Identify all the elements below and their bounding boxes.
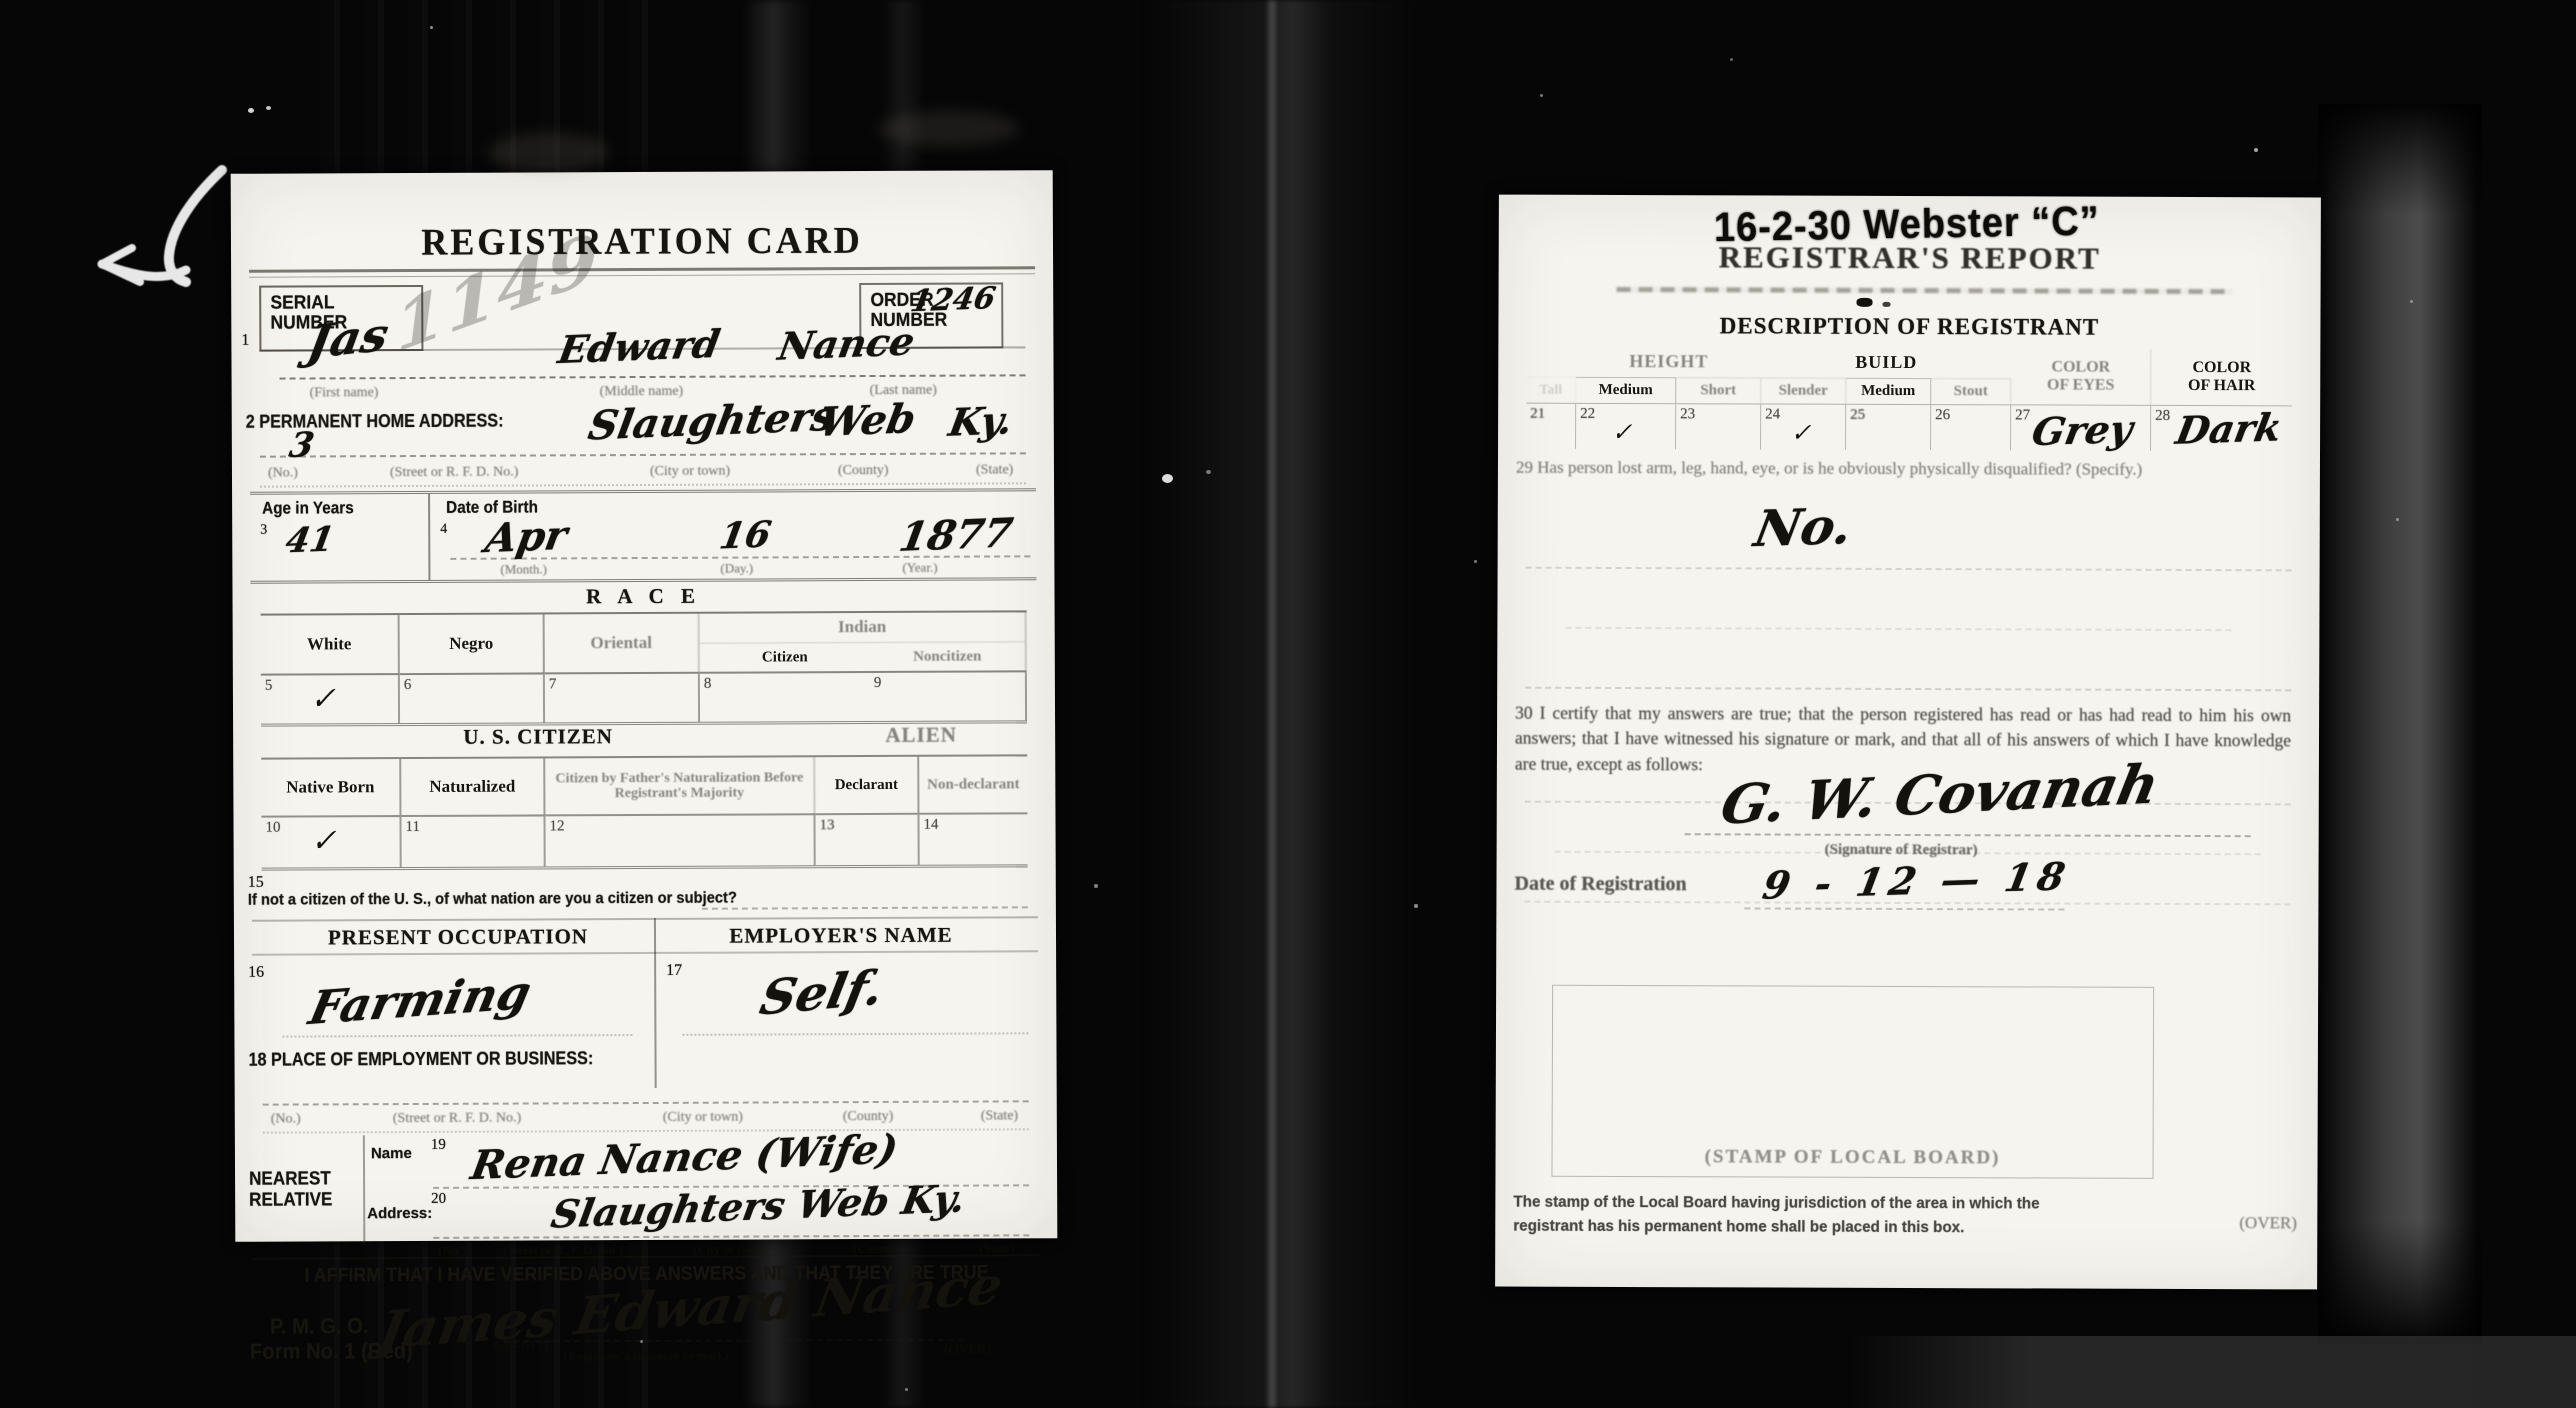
age-value: 41 — [283, 520, 338, 562]
desc-corner-cell — [1526, 347, 1576, 377]
ink-blob — [1883, 302, 1891, 307]
address-caption: (County) — [838, 463, 889, 479]
citizenship-table: Native Born Naturalized Citizen by Fathe… — [261, 754, 1027, 870]
middle-name-value: Edward — [555, 321, 723, 372]
employer-header: EMPLOYER'S NAME — [654, 922, 1028, 949]
race-col-negro: Negro — [400, 614, 545, 673]
description-table: HEIGHT BUILD COLOROF EYES COLOROF HAIR T… — [1526, 347, 2292, 452]
dust-speck — [2254, 148, 2258, 152]
relative-divider — [363, 1135, 365, 1245]
rule-line — [260, 482, 1026, 487]
citizen-alien-band: U. S. CITIZEN ALIEN — [261, 722, 1027, 755]
registrar-signature-line — [1685, 833, 2251, 837]
smudged-rule — [1617, 287, 2233, 294]
desc-cell: 25 — [1846, 404, 1931, 450]
employer-write-line — [682, 1032, 1028, 1036]
build-col-medium: Medium — [1846, 378, 1931, 404]
name-write-line — [280, 374, 1026, 379]
q4-number: 4 — [440, 522, 447, 538]
date-of-registration-label: Date of Registration — [1514, 873, 1686, 897]
order-number-value: 1246 — [908, 281, 998, 319]
microfilm-frame: REGISTRATION CARD SERIAL NUMBER 1149 ORD… — [0, 0, 2576, 1408]
registrars-report-card: 16-2-30 Webster “C” REGISTRAR'S REPORT D… — [1495, 195, 2321, 1290]
dust-speck — [1094, 884, 1098, 888]
first-name-caption: (First name) — [310, 385, 379, 401]
report-title: REGISTRAR'S REPORT — [1527, 239, 2293, 278]
q15-write-line — [702, 906, 1028, 909]
first-name-value: Jas — [304, 307, 393, 369]
date-of-registration-value: 9 - 12 — 18 — [1759, 853, 2074, 908]
dust-speck — [2396, 518, 2399, 521]
q2-label: 2 PERMANENT HOME ADDRESS: — [246, 411, 504, 433]
q3-number: 3 — [260, 523, 267, 539]
last-name-value: Nance — [775, 318, 918, 368]
address-caption: (City or town) — [650, 464, 730, 480]
ink-blob — [1857, 298, 1873, 307]
age-dob-section: Age in Years 3 41 Date of Birth 4 Apr 16… — [250, 488, 1036, 583]
race-col-indian: Indian — [700, 612, 1027, 643]
eyes-cell: 27 Grey — [2011, 404, 2151, 450]
over-text: (OVER) — [2239, 1213, 2297, 1233]
address-state-value: Ky. — [946, 397, 1016, 444]
race-cell: 7 — [545, 672, 700, 723]
q16-number: 16 — [248, 964, 264, 982]
citizen-cell: 10✓ — [261, 815, 401, 868]
color-of-eyes-header: COLOROF EYES — [2011, 348, 2151, 404]
employer-value: Self. — [756, 960, 888, 1027]
address-write-line — [260, 452, 1026, 457]
nearest-relative-section: NEAREST RELATIVE Name 19 Rena Nance (Wif… — [263, 1132, 1030, 1255]
citizen-col-native: Native Born — [261, 759, 401, 816]
race-col-oriental: Oriental — [545, 614, 700, 673]
q20-number: 20 — [431, 1191, 446, 1208]
dust-speck — [1414, 904, 1418, 908]
blank-line — [1565, 627, 2231, 631]
q29-text: 29 Has person lost arm, leg, hand, eye, … — [1516, 457, 2286, 483]
occupation-header: PRESENT OCCUPATION — [262, 924, 654, 951]
q18-caption: (City or town) — [663, 1110, 743, 1126]
race-table: White Negro Oriental Indian Citizen Nonc… — [261, 610, 1027, 726]
race-cell: 6 — [400, 672, 545, 723]
citizen-col-declarant: Declarant — [815, 757, 919, 813]
relative-address-value: Slaughters Web Ky. — [548, 1175, 969, 1236]
dob-caption: (Month.) — [500, 561, 547, 577]
citizen-cell: 14 — [919, 812, 1027, 864]
nearest-relative-label: NEAREST RELATIVE — [249, 1169, 332, 1211]
q18-caption: (Street or R. F. D. No.) — [393, 1111, 521, 1128]
registration-card: REGISTRATION CARD SERIAL NUMBER 1149 ORD… — [231, 170, 1058, 1242]
rule-line — [252, 950, 1038, 955]
occupation-value: Farming — [305, 965, 536, 1035]
rule-line — [252, 916, 1038, 921]
ink-smudge — [878, 110, 1018, 147]
height-header: HEIGHT — [1576, 347, 1761, 378]
q15-text: If not a citizen of the U. S., of what n… — [248, 890, 737, 910]
race-cell: 5✓ — [261, 673, 400, 724]
race-col-indian-citizen: Citizen — [700, 643, 870, 672]
color-of-hair-header: COLOROF HAIR — [2151, 349, 2292, 405]
q15-number: 15 — [248, 874, 264, 892]
race-col-indian-noncitizen: Noncitizen — [870, 642, 1027, 671]
eyes-color-value: Grey — [2029, 406, 2137, 454]
dust-speck — [266, 106, 271, 110]
q19-number: 19 — [431, 1137, 446, 1154]
card-title: REGISTRATION CARD — [259, 217, 1025, 264]
date-write-line — [1744, 907, 2064, 910]
citizen-cell: 11 — [401, 814, 545, 867]
q18-write-line — [263, 1100, 1029, 1105]
dust-speck — [905, 1388, 908, 1391]
film-streak — [1140, 0, 1430, 1408]
dust-speck — [1206, 470, 1211, 474]
alien-header: ALIEN — [815, 722, 1027, 748]
dob-day-value: 16 — [716, 514, 774, 558]
dust-speck — [430, 26, 433, 29]
description-title: DESCRIPTION OF REGISTRANT — [1526, 313, 2292, 342]
citizen-col-nondeclarant: Non-declarant — [919, 756, 1027, 812]
desc-cell: 26 — [1931, 404, 2011, 450]
address-caption: (Street or R. F. D. No.) — [390, 465, 518, 482]
race-col-white: White — [261, 615, 400, 674]
dob-year-value: 1877 — [896, 509, 1016, 560]
occupation-write-line — [282, 1034, 632, 1038]
address-caption: (No.) — [268, 466, 298, 482]
dust-speck — [1540, 94, 1543, 97]
dust-speck — [248, 108, 254, 113]
height-col-short: Short — [1676, 377, 1761, 403]
middle-name-caption: (Middle name) — [600, 384, 684, 400]
dob-month-value: Apr — [482, 512, 571, 562]
citizen-cell: 12 — [545, 813, 815, 866]
film-streak — [2318, 104, 2482, 1344]
q29-answer: No. — [1750, 496, 1857, 558]
us-citizen-header: U. S. CITIZEN — [261, 723, 815, 750]
q18-caption: (No.) — [271, 1112, 301, 1128]
citizen-col-naturalized: Naturalized — [401, 758, 545, 815]
over-text: (OVER) — [944, 1342, 992, 1358]
hair-cell: 28 Dark — [2151, 405, 2292, 451]
relative-address-write-line — [433, 1234, 1029, 1239]
relative-name-label: Name — [371, 1145, 412, 1162]
dust-speck — [1474, 560, 1477, 563]
signature-caption: (Registrant's signature or mark) — [564, 1348, 729, 1365]
desc-cell: 23 — [1676, 403, 1761, 449]
build-header: BUILD — [1761, 347, 2011, 378]
build-col-stout: Stout — [1931, 378, 2011, 404]
dob-caption: (Year.) — [902, 560, 937, 576]
address-caption: (State) — [976, 462, 1013, 478]
q18-caption: (County) — [843, 1109, 894, 1125]
hair-color-value: Dark — [2173, 405, 2286, 453]
film-streak — [1850, 1336, 2576, 1408]
rule-line — [249, 266, 1035, 277]
ink-smudge — [488, 132, 608, 173]
dust-speck — [1730, 58, 1733, 61]
q18-caption: (State) — [981, 1108, 1018, 1124]
film-streak — [1268, 0, 1276, 1408]
desc-cell: 24✓ — [1761, 403, 1846, 449]
age-cell-divider — [428, 494, 430, 580]
age-header: Age in Years — [262, 498, 354, 518]
desc-cell: 21 — [1526, 403, 1576, 449]
q1-number: 1 — [241, 332, 249, 350]
race-title: R A C E — [260, 582, 1026, 610]
race-cell: 8 — [700, 671, 870, 722]
height-col-medium: Medium — [1576, 377, 1676, 403]
local-board-stamp-box: (STAMP OF LOCAL BOARD) — [1551, 985, 2154, 1179]
dob-caption: (Day.) — [720, 561, 753, 577]
stamp-box-note: The stamp of the Local Board having juri… — [1513, 1191, 2045, 1241]
dust-speck — [2410, 300, 2413, 303]
stamp-box-caption: (STAMP OF LOCAL BOARD) — [1553, 1146, 2153, 1170]
desc-cell: 22✓ — [1576, 403, 1676, 449]
relative-address-label: Address: — [367, 1205, 432, 1222]
build-col-slender: Slender — [1761, 377, 1846, 403]
race-cell: 9 — [870, 670, 1027, 721]
blank-line — [1525, 687, 2291, 692]
citizen-cell: 13 — [815, 813, 919, 865]
q18-label: 18 PLACE OF EMPLOYMENT OR BUSINESS: — [248, 1048, 593, 1071]
citizen-col-father: Citizen by Father's Naturalization Befor… — [545, 757, 815, 814]
address-city-value: Slaughters — [585, 393, 838, 450]
q17-number: 17 — [666, 962, 682, 980]
height-col-tall: Tall — [1526, 377, 1576, 403]
blank-line — [1526, 567, 2292, 572]
address-county-value: Web — [815, 395, 919, 446]
dust-speck — [1162, 474, 1173, 483]
